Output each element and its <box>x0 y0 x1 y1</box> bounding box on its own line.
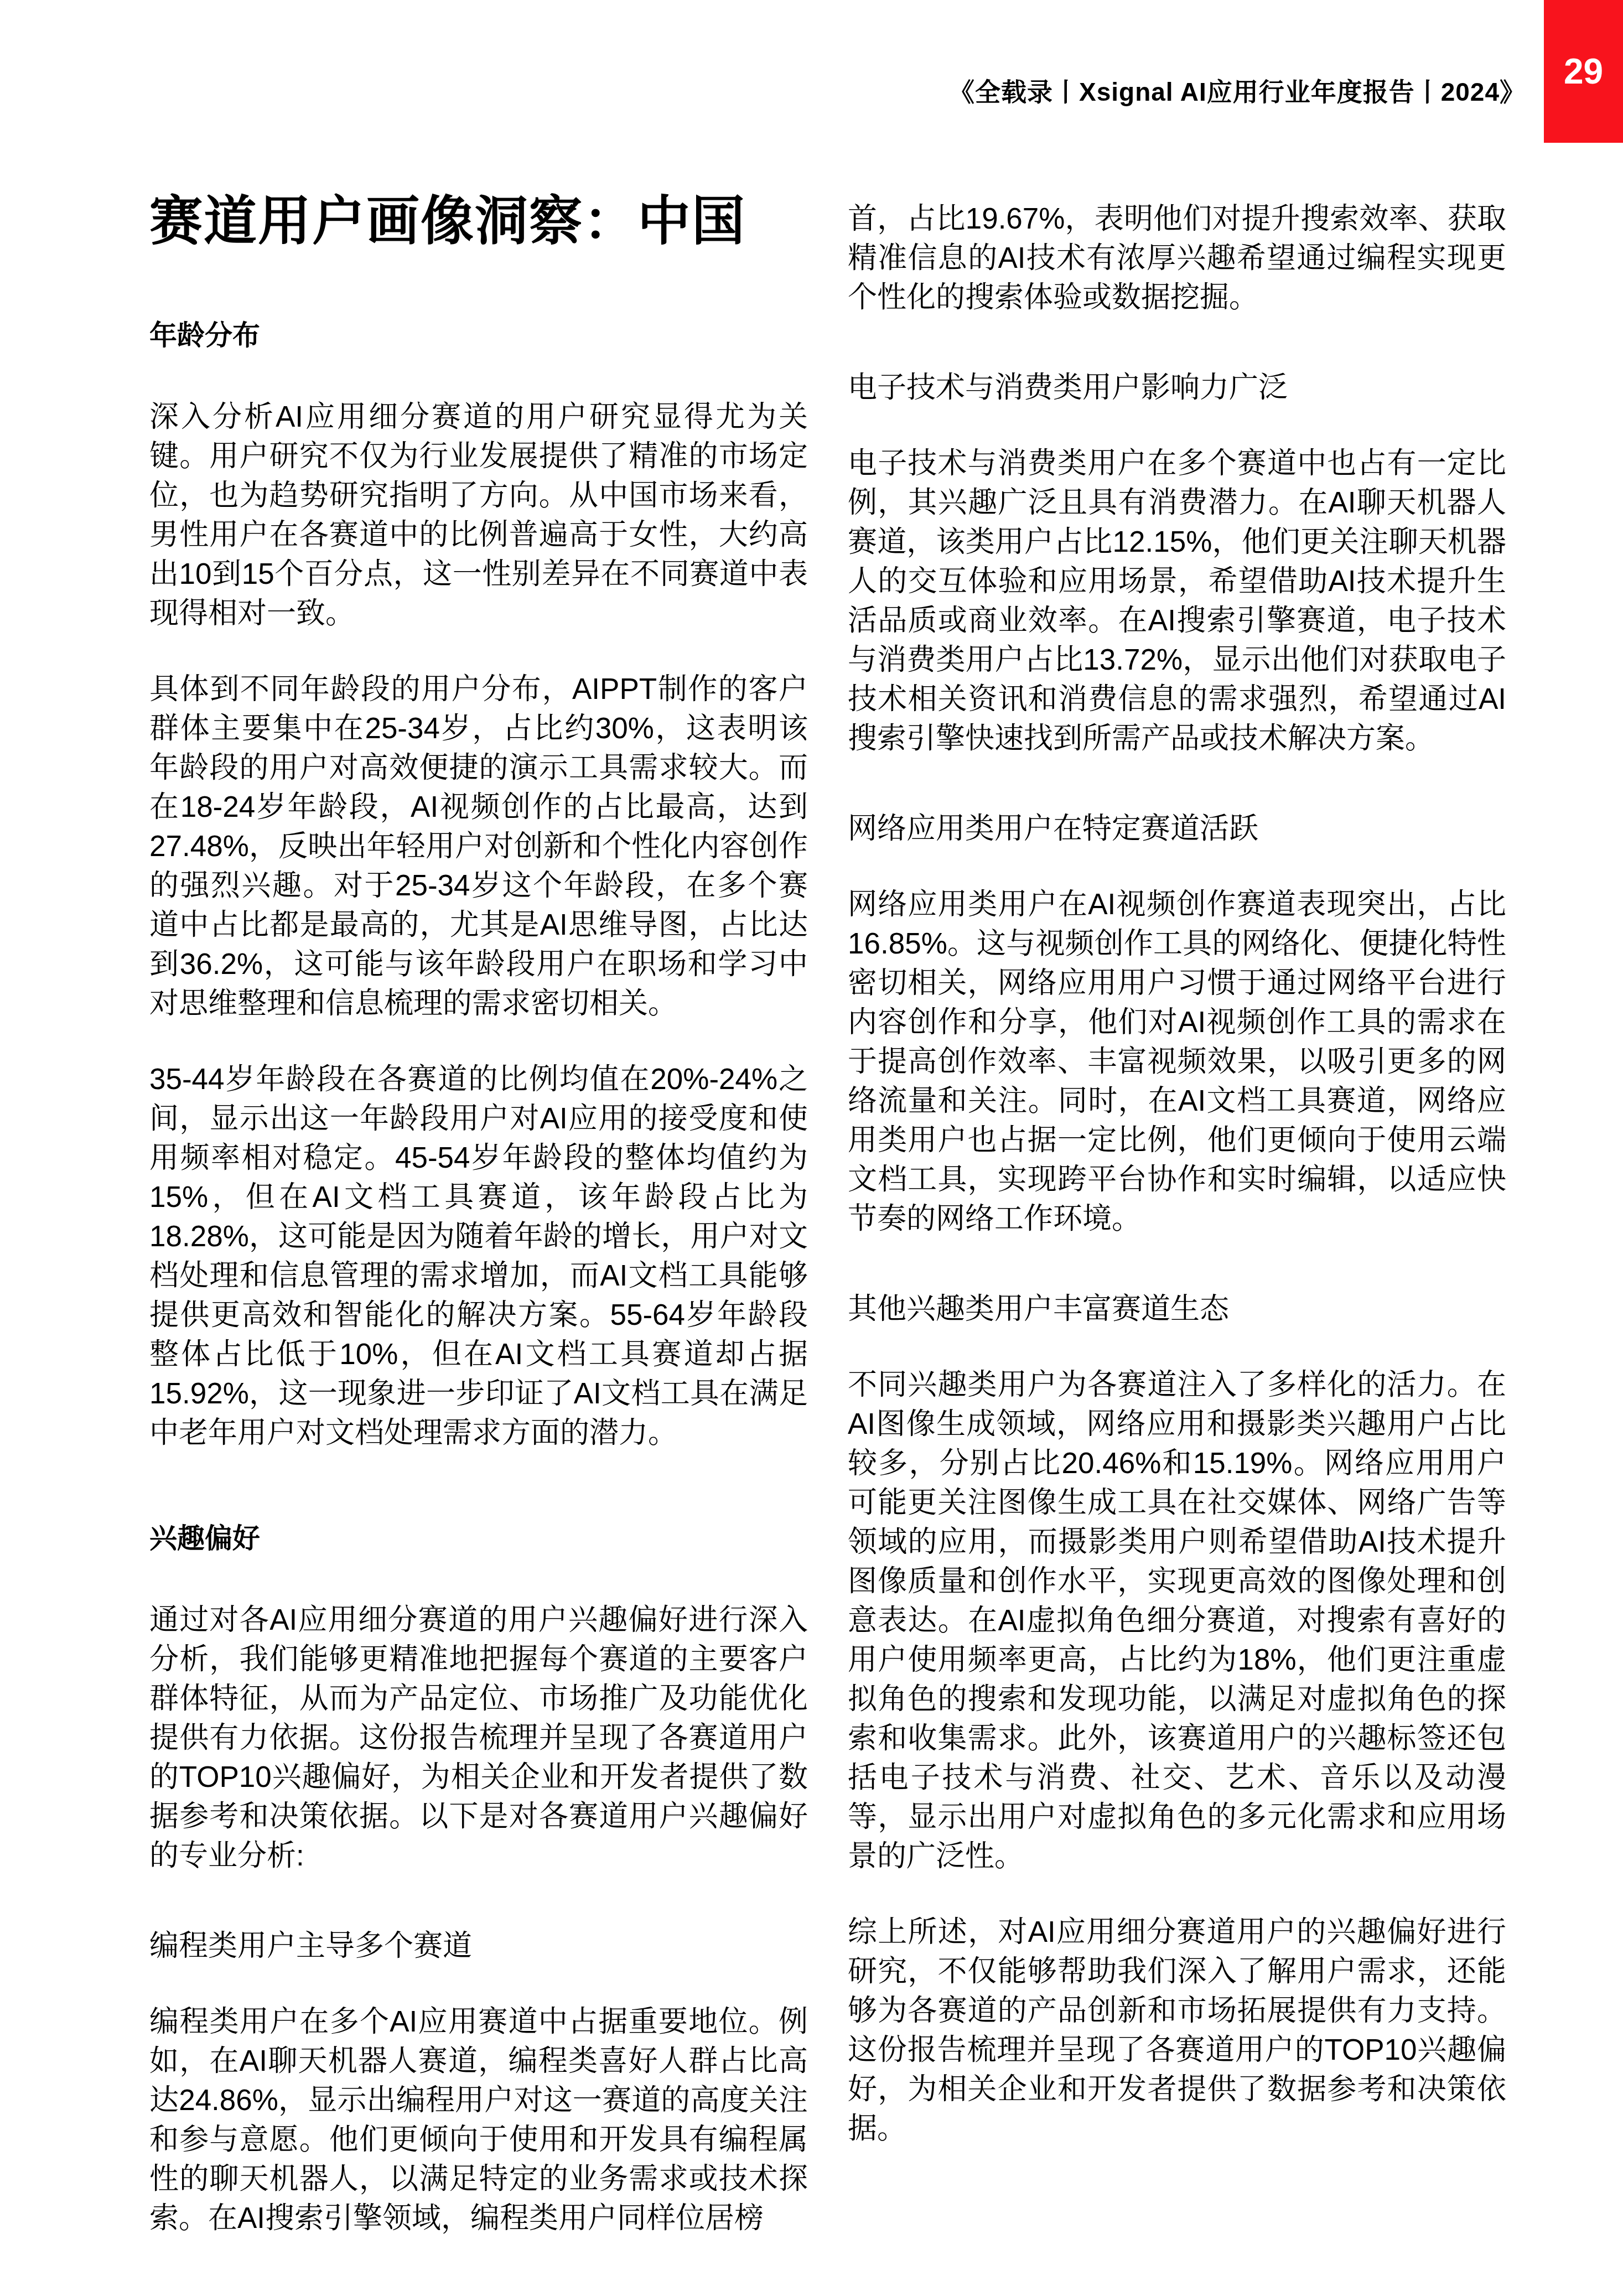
right-column: 首，占比19.67%，表明他们对提升搜索效率、获取精准信息的AI技术有浓厚兴趣希… <box>848 199 1506 2148</box>
subsection-heading-coding-users: 编程类用户主导多个赛道 <box>149 1926 808 1966</box>
report-header-title: 《全载录丨Xsignal AI应用行业年度报告丨2024》 <box>949 72 1526 108</box>
report-page: { "page": { "background": "#ffffff", "te… <box>0 0 1623 2296</box>
left-column: 赛道用户画像洞察：中国 年龄分布 深入分析AI应用细分赛道的用户研究显得尤为关键… <box>149 194 808 2238</box>
paragraph-interest-intro: 通过对各AI应用细分赛道的用户兴趣偏好进行深入分析，我们能够更精准地把握每个赛道… <box>149 1600 808 1875</box>
paragraph-other-interest-users: 不同兴趣类用户为各赛道注入了多样化的活力。在AI图像生成领域，网络应用和摄影类兴… <box>848 1365 1506 1876</box>
subsection-heading-other-interest-users: 其他兴趣类用户丰富赛道生态 <box>848 1289 1506 1329</box>
paragraph-age-overview: 深入分析AI应用细分赛道的用户研究显得尤为关键。用户研究不仅为行业发展提供了精准… <box>149 397 808 633</box>
paragraph-network-users: 网络应用类用户在AI视频创作赛道表现突出，占比16.85%。这与视频创作工具的网… <box>848 885 1506 1238</box>
paragraph-age-groups-young: 具体到不同年龄段的用户分布，AIPPT制作的客户群体主要集中在25-34岁，占比… <box>149 670 808 1023</box>
section-heading-interest-preference: 兴趣偏好 <box>149 1516 808 1556</box>
section-heading-age-distribution: 年龄分布 <box>149 313 808 353</box>
paragraph-conclusion: 综上所述，对AI应用细分赛道用户的兴趣偏好进行研究，不仅能够帮助我们深入了解用户… <box>848 1913 1506 2148</box>
paragraph-electronics-users: 电子技术与消费类用户在多个赛道中也占有一定比例，其兴趣广泛且具有消费潜力。在AI… <box>848 444 1506 758</box>
subsection-heading-network-users: 网络应用类用户在特定赛道活跃 <box>848 809 1506 848</box>
page-title: 赛道用户画像洞察：中国 <box>149 194 808 250</box>
paragraph-coding-users-continued: 首，占比19.67%，表明他们对提升搜索效率、获取精准信息的AI技术有浓厚兴趣希… <box>848 199 1506 317</box>
paragraph-age-groups-older: 35-44岁年龄段在各赛道的比例均值在20%-24%之间，显示出这一年龄段用户对… <box>149 1060 808 1453</box>
subsection-heading-electronics-users: 电子技术与消费类用户影响力广泛 <box>848 368 1506 407</box>
page-number: 29 <box>1564 51 1603 92</box>
paragraph-coding-users: 编程类用户在多个AI应用赛道中占据重要地位。例如，在AI聊天机器人赛道，编程类喜… <box>149 2002 808 2238</box>
page-number-box: 29 <box>1544 0 1623 143</box>
